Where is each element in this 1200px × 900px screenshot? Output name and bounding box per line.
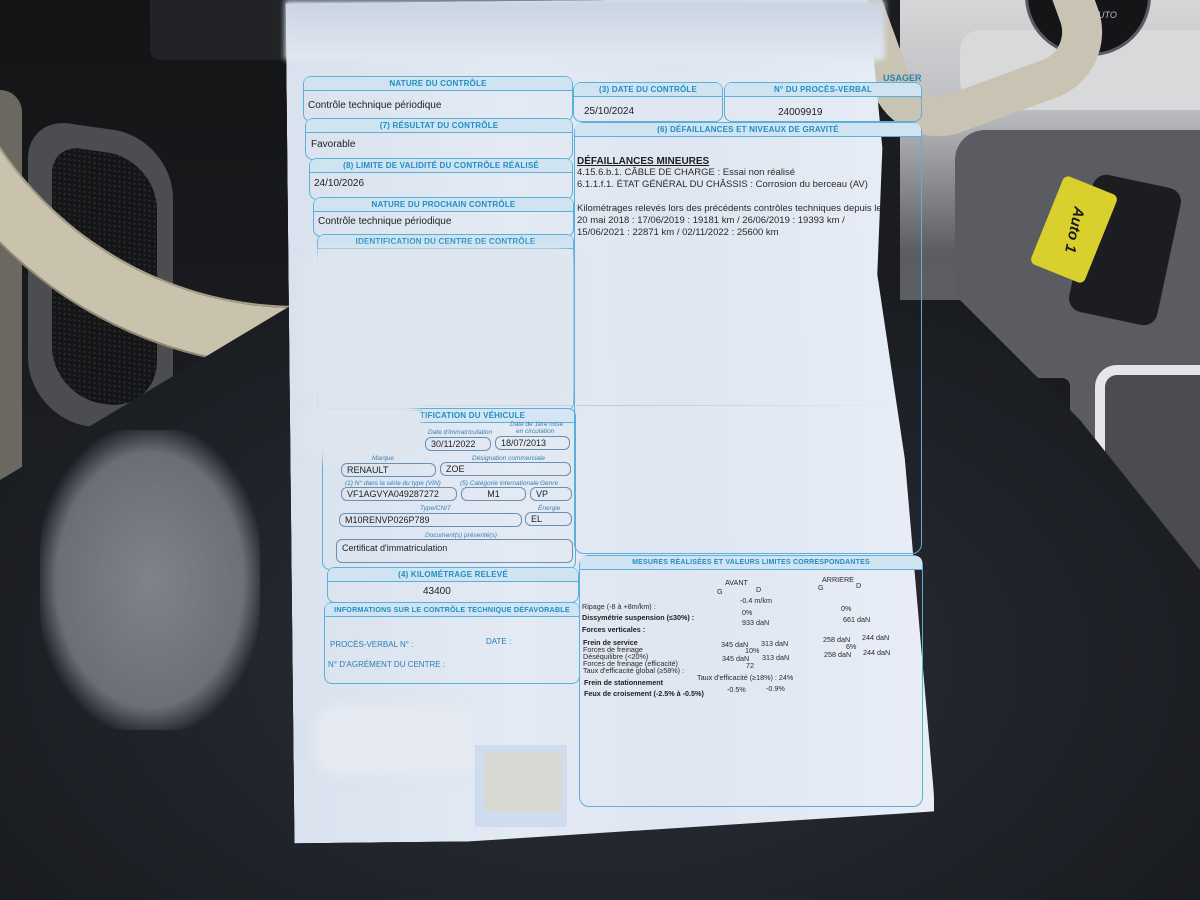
redacted-header [285,0,885,60]
prochain-controle-title: NATURE DU PROCHAIN CONTRÔLE [314,198,573,212]
redacted-centre-info [305,248,575,408]
date-controle-title: (3) DATE DU CONTRÔLE [574,83,722,97]
date-premiere-field: 18/07/2013 [495,436,570,450]
defaillances-content: DÉFAILLANCES MINEURES 4.15.6.b.1. CÂBLE … [577,156,917,239]
proces-verbal-title: N° DU PROCÈS-VERBAL [725,83,921,97]
dissymetrie-arriere: 0% [841,604,851,613]
defaillance-item: 6.1.1.f.1. ÉTAT GÉNÉRAL DU CHÂSSIS : Cor… [577,179,917,191]
key-tag-text: Auto 1 [1061,205,1087,254]
designation-field: ZOE [440,462,571,476]
taux-global-value: 72 [746,661,754,670]
dissymetrie-label: Dissymétrie suspension (≤30%) : [582,613,694,622]
vin-label: (1) N° dans la série du type (VIN) [345,480,441,487]
date-label: DATE : [486,637,511,646]
vin-field: VF1AGVYA049287272 [341,487,457,501]
genre-field: VP [530,487,572,501]
mesures-title: MESURES RÉALISÉES ET VALEURS LIMITES COR… [580,556,922,570]
defaillance-item: 4.15.6.b.1. CÂBLE DE CHARGE : Essai non … [577,167,917,179]
date-premiere-label-2: en circulation [516,428,554,435]
limite-validite-title: (8) LIMITE DE VALIDITÉ DU CONTRÔLE RÉALI… [310,159,572,173]
feux-croisement-label: Feux de croisement (-2.5% à -0.5%) [584,689,704,698]
white-cloth [40,430,260,730]
date-controle-value: 25/10/2024 [584,106,634,117]
limite-validite-value: 24/10/2026 [314,178,364,189]
date-immat-field: 30/11/2022 [425,437,491,451]
redacted-stub-info [315,705,475,775]
feux-d-value: -0.9% [766,684,785,693]
pv-label: PROCÈS-VERBAL N° : [330,640,413,649]
categorie-label: (5) Catégorie internationale [460,480,539,487]
feux-g-value: -0.5% [727,685,746,694]
nature-controle-value: Contrôle technique périodique [308,100,441,111]
stamp-sticker [484,752,562,812]
date-premiere-label: Date de 1ère mise [510,421,563,428]
marque-label: Marque [372,455,394,462]
km-history-line: 20 mai 2018 : 17/06/2019 : 19181 km / 26… [577,215,917,227]
centre-title: IDENTIFICATION DU CENTRE DE CONTRÔLE [318,235,573,249]
avant-header: AVANT [725,578,748,587]
kilometrage-title: (4) KILOMÉTRAGE RELEVÉ [328,568,578,582]
km-history-line: 15/06/2021 : 22871 km / 02/11/2022 : 256… [577,227,917,239]
forces-verticales-avant: 933 daN [742,618,769,627]
redacted-vehicule-info [305,400,420,460]
ripage-avant: -0.4 m/km [740,596,772,605]
categorie-field: M1 [461,487,526,501]
forces-efficacite-avant-d: 313 daN [762,653,789,662]
frein-stationnement-label: Frein de stationnement [584,678,663,687]
defaillances-title: (6) DÉFAILLANCES ET NIVEAUX DE GRAVITÉ [575,123,921,137]
marque-field: RENAULT [341,463,436,477]
km-history-line: Kilométrages relevés lors des précédents… [577,203,917,215]
forces-efficacite-arriere-g: 258 daN [824,650,851,659]
proces-verbal-value: 24009919 [778,107,823,118]
forces-verticales-label: Forces verticales : [582,625,645,634]
forces-verticales-arriere: 661 daN [843,615,870,624]
genre-label: Genre [540,480,558,487]
kilometrage-value: 43400 [423,586,451,597]
agrement-label: N° D'AGRÉMENT DU CENTRE : [328,660,445,669]
energie-label: Énergie [538,505,560,512]
frein-stationnement-value: Taux d'efficacité (≥18%) : 24% [697,673,793,682]
designation-label: Désignation commerciale [472,455,545,462]
prochain-controle-value: Contrôle technique périodique [318,216,451,227]
energie-field: EL [525,512,572,526]
dissymetrie-avant: 0% [742,608,752,617]
taux-global-label: Taux d'efficacité global (≥58%) : [583,666,684,675]
avant-d-header: D [756,585,761,594]
documents-field: Certificat d'immatriculation [336,539,573,563]
type-label: Type/CNIT [420,505,451,512]
type-field: M10RENVP026P789 [339,513,522,527]
forces-freinage-arriere-d: 244 daN [862,633,889,642]
forces-freinage-avant-d: 313 daN [761,639,788,648]
arriere-header: ARRIERE [822,575,854,584]
defavorable-title: INFORMATIONS SUR LE CONTRÔLE TECHNIQUE D… [325,603,579,617]
resultat-title: (7) RÉSULTAT DU CONTRÔLE [306,119,572,133]
date-immat-label: Date d'immatriculation [428,429,492,436]
nature-controle-title: NATURE DU CONTRÔLE [304,77,572,91]
documents-label: Document(s) présenté(s) [425,532,497,539]
arriere-d-header: D [856,581,861,590]
forces-efficacite-arriere-d: 244 daN [863,648,890,657]
arriere-g-header: G [818,583,824,592]
ripage-label: Ripage (-8 à +8m/km) : [582,602,656,611]
defaillances-section-title: DÉFAILLANCES MINEURES [577,156,917,167]
avant-g-header: G [717,587,723,596]
resultat-value: Favorable [311,139,355,150]
